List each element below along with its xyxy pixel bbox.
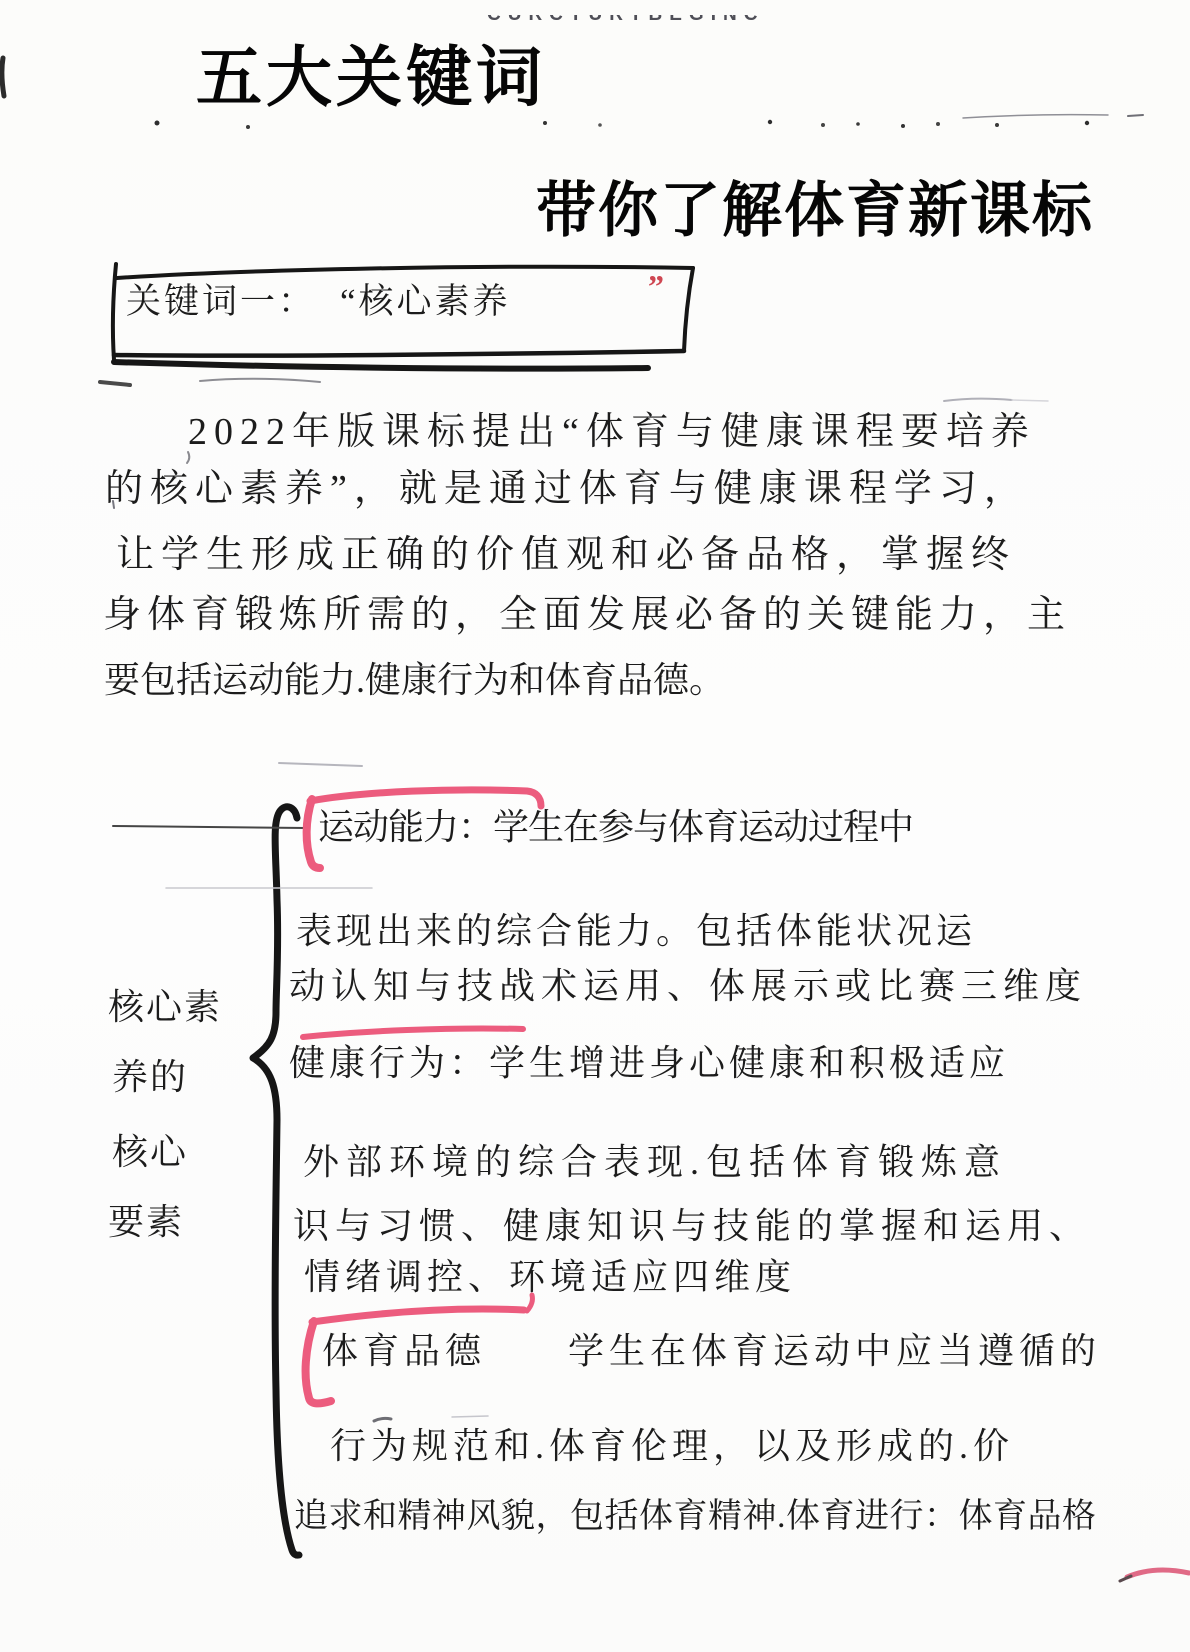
item-health-behavior-line: 情绪调控、环境适应四维度 bbox=[304, 1256, 796, 1298]
intro-line: 的核心素养”，就是通过体育与健康课程学习， bbox=[105, 467, 1029, 512]
item-health-behavior-line: 识与习惯、健康知识与技能的掌握和运用、 bbox=[293, 1205, 1091, 1247]
item-health-behavior-line: 外部环境的综合表现.包括体育锻炼意 bbox=[303, 1141, 1007, 1183]
page-title: 五大关键词 bbox=[196, 40, 546, 118]
scan-dots bbox=[155, 120, 1090, 129]
item-sport-ability-line: 表现出来的综合能力。包括体能状况运 bbox=[296, 910, 976, 952]
keyword-box-label: 关键词一： bbox=[126, 282, 316, 321]
pink-mark-bottom-right bbox=[1120, 1570, 1189, 1581]
brace bbox=[253, 807, 299, 1555]
document-page: { "page": { "watermark_top": "CURCTURTBE… bbox=[0, 0, 1190, 1652]
keyword-box-text: 关键词一：“核心素养 bbox=[126, 281, 511, 322]
item-sport-morality-line: 体育品德 学生在体育运动中应当遵循的 bbox=[322, 1330, 1101, 1372]
top-watermark: CURCTURTBEGINC bbox=[487, 15, 764, 30]
highlight-underline-health-behavior bbox=[303, 1028, 523, 1037]
diagram-left-label-line: 核心 bbox=[112, 1131, 188, 1173]
item-health-behavior-line: 健康行为：学生增进身心健康和积极适应 bbox=[289, 1042, 1009, 1084]
item-sport-ability-line: 动认知与技战术运用、体展示或比赛三维度 bbox=[289, 965, 1087, 1007]
diagram-left-label-line: 要素 bbox=[108, 1201, 184, 1243]
item-sport-morality-line: 行为规范和.体育伦理，以及形成的.价 bbox=[330, 1425, 1014, 1467]
intro-line: 要包括运动能力.健康行为和体育品德。 bbox=[104, 659, 725, 701]
diagram-left-label-line: 核心素 bbox=[108, 986, 222, 1028]
keyword-box-term: “核心素养 bbox=[340, 282, 511, 321]
item-sport-morality-line: 追求和精神风貌，包括体育精神.体育进行：体育品格 bbox=[294, 1497, 1097, 1537]
intro-line: 2022年版课标提出“体育与健康课程要培养 bbox=[188, 410, 1036, 455]
keyword-box-close-quote: ” bbox=[648, 268, 664, 306]
item-sport-ability-line: 运动能力：学生在参与体育运动过程中 bbox=[318, 806, 913, 848]
page-subtitle: 带你了解体育新课标 bbox=[536, 176, 1094, 247]
intro-line: 让学生形成正确的价值观和必备品格，掌握终 bbox=[116, 533, 1016, 578]
top-watermark-text: CURCTURTBEGINC bbox=[487, 15, 764, 26]
diagram-left-label-line: 养的 bbox=[112, 1056, 188, 1098]
intro-line: 身体育锻炼所需的，全面发展必备的关键能力，主 bbox=[103, 593, 1071, 638]
